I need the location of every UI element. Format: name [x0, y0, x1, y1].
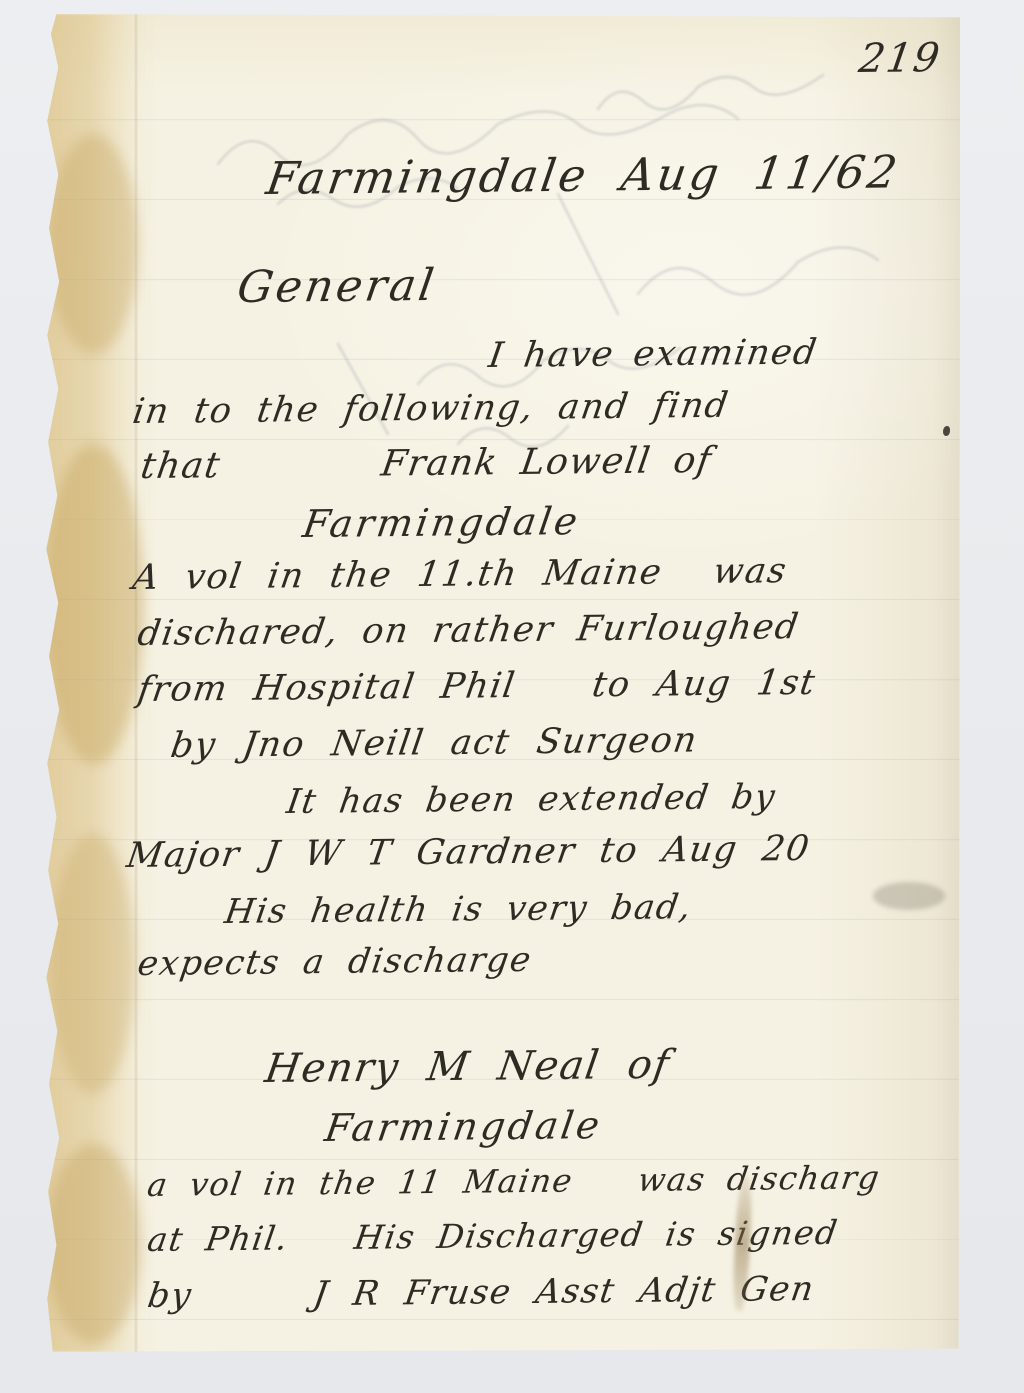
- dateline: Farmingdale Aug 11/62: [263, 145, 903, 205]
- stain-blob: [44, 444, 144, 764]
- stain-blob: [48, 134, 138, 354]
- ink-dot: [943, 426, 950, 436]
- handwritten-line: from Hospital Phil to Aug 1st: [135, 663, 819, 710]
- stain-blob: [46, 1144, 141, 1344]
- handwritten-line: I have examined: [486, 333, 820, 376]
- handwritten-line: Farmingdale: [300, 499, 583, 546]
- handwritten-line: by Jno Neill act Surgeon: [168, 720, 701, 766]
- handwritten-line: Henry M Neal of: [262, 1042, 673, 1092]
- page-number: 219: [856, 35, 944, 82]
- letter-page: 219 Farmingdale Aug 11/62 General I have…: [38, 14, 960, 1352]
- paper-fold-line: [135, 14, 137, 1352]
- salutation: General: [234, 260, 440, 313]
- handwritten-line: dischared, on rather Furloughed: [135, 607, 802, 654]
- ink-bleedthrough-strokes: [38, 14, 960, 514]
- handwritten-line: expects a discharge: [135, 940, 535, 984]
- handwritten-line: by J R Fruse Asst Adjt Gen: [145, 1269, 817, 1316]
- handwritten-line: that Frank Lowell of: [138, 440, 715, 487]
- handwritten-line: Farmingdale: [322, 1103, 605, 1150]
- handwritten-line: A vol in the 11.th Maine was: [130, 551, 790, 598]
- gray-smudge: [873, 882, 945, 910]
- handwritten-line: in to the following, and find: [130, 386, 732, 432]
- handwritten-line: a vol in the 11 Maine was discharg: [145, 1158, 883, 1204]
- handwritten-line: His health is very bad,: [222, 887, 695, 932]
- stain-blob: [50, 834, 135, 1094]
- handwritten-line: It has been extended by: [284, 777, 779, 822]
- handwritten-line: Major J W T Gardner to Aug 20: [124, 829, 813, 876]
